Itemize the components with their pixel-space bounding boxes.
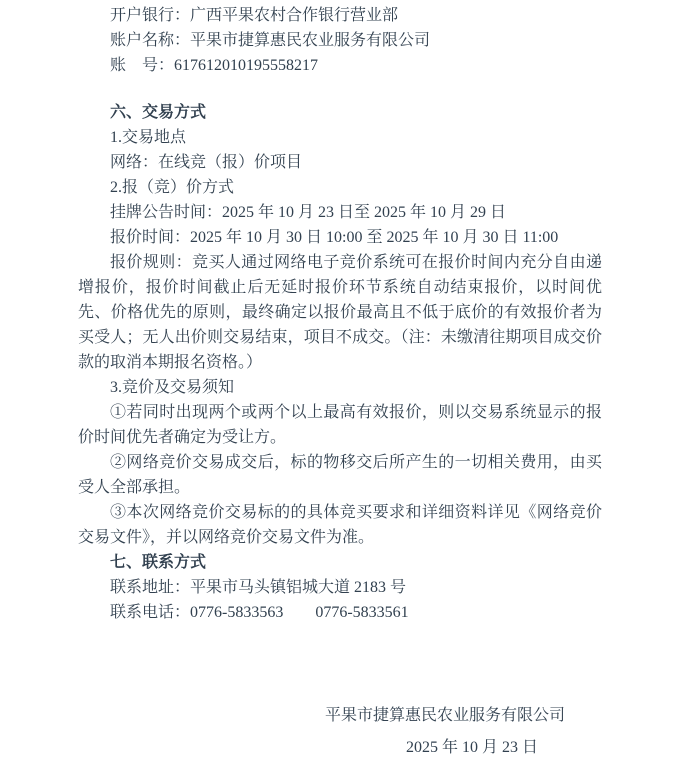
bidding-method-title: 2.报（竞）价方式 <box>78 175 602 200</box>
account-name-line: 账户名称：平果市捷算惠民农业服务有限公司 <box>78 28 602 53</box>
notice-title: 3.竞价及交易须知 <box>78 375 602 400</box>
listing-announcement-time-line: 挂牌公告时间：2025 年 10 月 23 日至 2025 年 10 月 29 … <box>78 200 602 225</box>
blank-block <box>78 625 602 703</box>
notice-item-2: ②网络竞价交易成交后，标的物移交后所产生的一切相关费用，由买受人全部承担。 <box>78 450 602 500</box>
bank-line: 开户银行：广西平果农村合作银行营业部 <box>78 3 602 28</box>
blank-line <box>78 78 602 100</box>
notice-item-3: ③本次网络竞价交易标的的具体竞买要求和详细资料详见《网络竞价交易文件》，并以网络… <box>78 500 602 550</box>
transaction-location-value: 网络：在线竞（报）价项目 <box>78 150 602 175</box>
document-page: 开户银行：广西平果农村合作银行营业部 账户名称：平果市捷算惠民农业服务有限公司 … <box>0 0 680 762</box>
section-6-heading: 六、交易方式 <box>78 100 602 125</box>
contact-phone-line: 联系电话：0776-5833563 0776-5833561 <box>78 600 602 625</box>
bidding-time-line: 报价时间：2025 年 10 月 30 日 10:00 至 2025 年 10 … <box>78 225 602 250</box>
section-7-heading: 七、联系方式 <box>78 550 602 575</box>
signature-company: 平果市捷算惠民农业服务有限公司 <box>78 703 602 728</box>
transaction-location-title: 1.交易地点 <box>78 125 602 150</box>
signature-date: 2025 年 10 月 23 日 <box>78 735 602 760</box>
notice-item-1: ①若同时出现两个或两个以上最高有效报价，则以交易系统显示的报价时间优先者确定为受… <box>78 400 602 450</box>
contact-address-line: 联系地址：平果市马头镇铝城大道 2183 号 <box>78 575 602 600</box>
account-number-line: 账 号：617612010195558217 <box>78 53 602 78</box>
bidding-rules-paragraph: 报价规则：竞买人通过网络电子竞价系统可在报价时间内充分自由递增报价，报价时间截止… <box>78 250 602 375</box>
